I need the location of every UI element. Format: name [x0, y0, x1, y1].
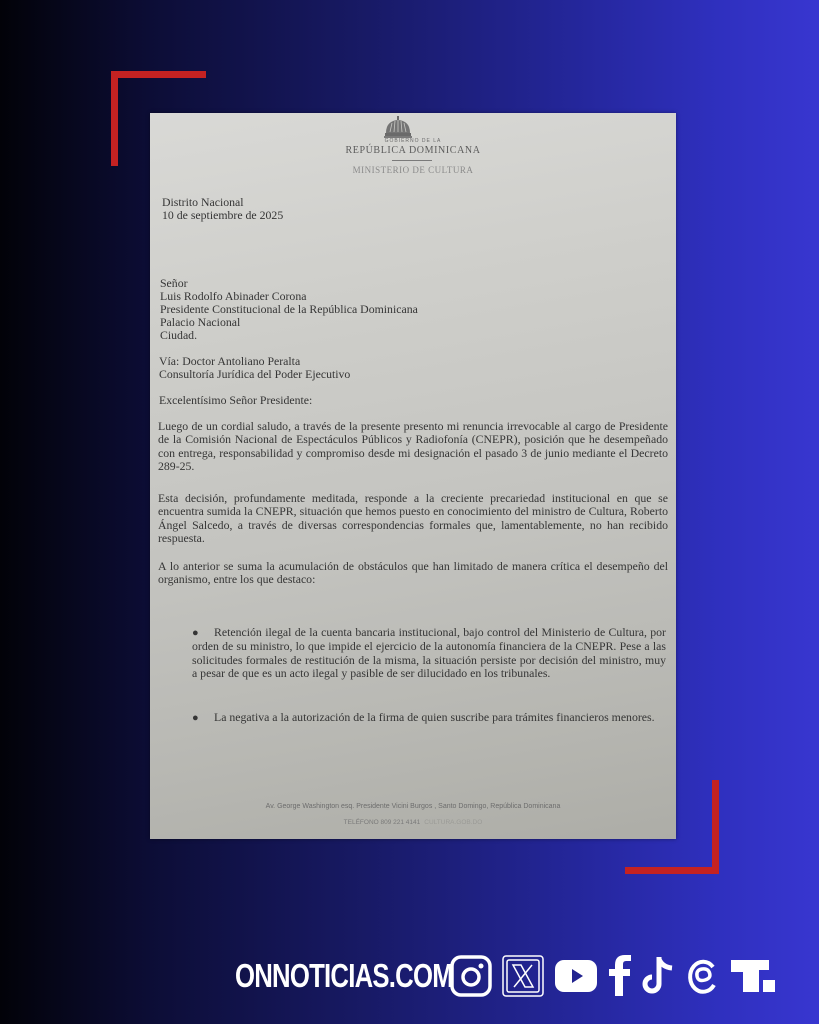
footer-phone: TELÉFONO 809 221 4141 [344, 819, 421, 826]
instagram-icon[interactable] [449, 954, 493, 998]
letter-date: 10 de septiembre de 2025 [162, 209, 283, 222]
letter-footer-contact: TELÉFONO 809 221 4141CULTURA.GOB.DO [150, 819, 676, 826]
bullet-item: ●Retención ilegal de la cuenta bancaria … [192, 626, 666, 680]
bullet-item: ●La negativa a la autorización de la fir… [192, 711, 666, 725]
palace-dome-icon [381, 116, 415, 140]
bullet-text: Retención ilegal de la cuenta bancaria i… [192, 625, 666, 680]
letterhead-country: REPÚBLICA DOMINICANA [150, 145, 676, 156]
youtube-icon[interactable] [553, 956, 599, 996]
footer-site: CULTURA.GOB.DO [424, 819, 482, 826]
recipient-city: Ciudad. [160, 329, 197, 342]
decorative-corner-top-left [111, 71, 206, 78]
letterhead-ministry: MINISTERIO DE CULTURA [150, 165, 676, 175]
threads-icon[interactable] [683, 955, 721, 997]
decorative-corner-bottom-right-vertical [712, 780, 719, 874]
bullet-text: La negativa a la autorización de la firm… [214, 710, 655, 724]
letter-document: GOBIERNO DE LA REPÚBLICA DOMINICANA MINI… [150, 113, 676, 839]
via-office: Consultoría Jurídica del Poder Ejecutivo [159, 368, 350, 381]
social-icons [449, 954, 785, 998]
x-icon[interactable] [501, 954, 545, 998]
facebook-icon[interactable] [607, 954, 633, 998]
site-name[interactable]: ONNOTICIAS.COM [235, 957, 400, 995]
bullet-icon: ● [192, 712, 214, 725]
decorative-corner-bottom-right [625, 867, 719, 874]
paragraph-resignation: Luego de un cordial saludo, a través de … [158, 420, 668, 473]
bullet-icon: ● [192, 627, 214, 640]
paragraph-obstacles: A lo anterior se suma la acumulación de … [158, 560, 668, 587]
paragraph-decision: Esta decisión, profundamente meditada, r… [158, 492, 668, 545]
salutation: Excelentísimo Señor Presidente: [159, 394, 312, 407]
tiktok-icon[interactable] [641, 955, 675, 997]
letterhead-government: GOBIERNO DE LA [150, 138, 676, 144]
letterhead-divider [392, 160, 432, 161]
decorative-corner-top-left-vertical [111, 71, 118, 166]
branding-bar: ONNOTICIAS.COM [235, 948, 785, 1004]
letter-footer-address: Av. George Washington esq. Presidente Vi… [150, 803, 676, 810]
t-logo-icon[interactable] [729, 956, 777, 996]
